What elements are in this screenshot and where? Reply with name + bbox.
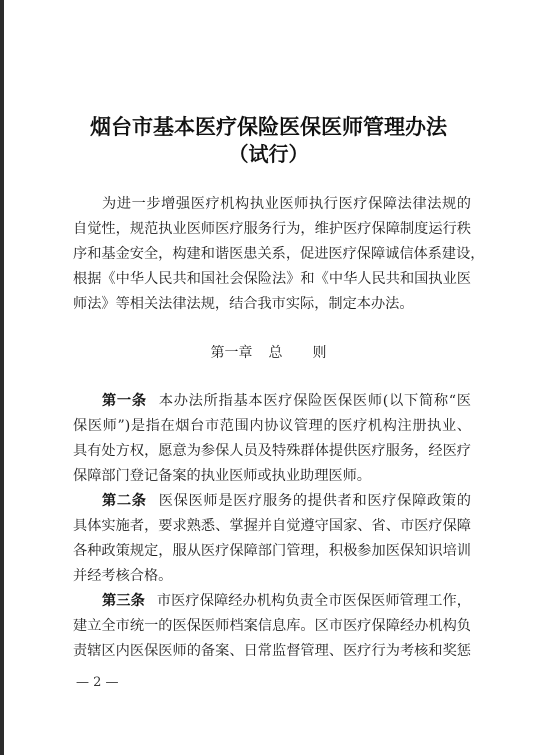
article-first-line: 第三条市医疗保障经办机构负责全市医保医师管理工作， [73, 589, 471, 614]
article-1: 第一条本办法所指基本医疗保险医保医师(以下简称“医 保医师”)是指在烟台市范围内… [73, 389, 471, 489]
article-line: 保障部门登记备案的执业医师或执业助理医师。 [73, 464, 471, 489]
article-line: 建立全市统一的医保医师档案信息库。区市医疗保障经办机构负 [73, 614, 471, 639]
chapter-number: 第一章 [211, 345, 253, 361]
article-text: 市医疗保障经办机构负责全市医保医师管理工作， [157, 593, 471, 609]
article-line: 并经考核合格。 [73, 564, 471, 589]
article-text: 医保医师是医疗服务的提供者和医疗保障政策的 [159, 493, 471, 509]
preamble-line: 序和基金安全，构建和谐医患关系，促进医疗保障诚信体系建设， [73, 242, 471, 267]
article-2: 第二条医保医师是医疗服务的提供者和医疗保障政策的 具体实施者，要求熟悉、掌握并自… [73, 489, 471, 589]
article-first-line: 第一条本办法所指基本医疗保险医保医师(以下简称“医 [73, 389, 471, 414]
article-line: 具有处方权，愿意为参保人员及特殊群体提供医疗服务，经医疗 [73, 439, 471, 464]
preamble-line: 师法》等相关法律法规，结合我市实际，制定本办法。 [73, 292, 471, 317]
article-line: 责辖区内医保医师的备案、日常监督管理、医疗行为考核和奖惩 [73, 639, 471, 664]
chapter-name-part1: 总 [269, 345, 283, 361]
page-number: — 2 — [76, 674, 119, 692]
preamble-paragraph: 为进一步增强医疗机构执业医师执行医疗保障法律法规的 自觉性，规范执业医师医疗服务… [73, 192, 471, 317]
chapter-name-part2: 则 [313, 345, 327, 361]
article-line: 保医师”)是指在烟台市范围内协议管理的医疗机构注册执业、 [73, 414, 471, 439]
article-3: 第三条市医疗保障经办机构负责全市医保医师管理工作， 建立全市统一的医保医师档案信… [73, 589, 471, 664]
article-line: 各种政策规定，服从医疗保障部门管理，积极参加医保知识培训 [73, 539, 471, 564]
document-title: 烟台市基本医疗保险医保医师管理办法 [0, 113, 537, 141]
article-first-line: 第二条医保医师是医疗服务的提供者和医疗保障政策的 [73, 489, 471, 514]
preamble-line: 为进一步增强医疗机构执业医师执行医疗保障法律法规的 [73, 192, 471, 217]
preamble-line: 自觉性，规范执业医师医疗服务行为，维护医疗保障制度运行秩 [73, 217, 471, 242]
document-subtitle: （试行） [0, 141, 537, 167]
article-text: 本办法所指基本医疗保险医保医师(以下简称“医 [159, 393, 471, 409]
chapter-heading: 第一章总则 [0, 342, 537, 364]
article-line: 具体实施者，要求熟悉、掌握并自觉遵守国家、省、市医疗保障 [73, 514, 471, 539]
article-label: 第三条 [102, 593, 145, 609]
article-label: 第二条 [102, 493, 147, 509]
article-label: 第一条 [102, 393, 147, 409]
preamble-line: 根据《中华人民共和国社会保险法》和《中华人民共和国执业医 [73, 267, 471, 292]
